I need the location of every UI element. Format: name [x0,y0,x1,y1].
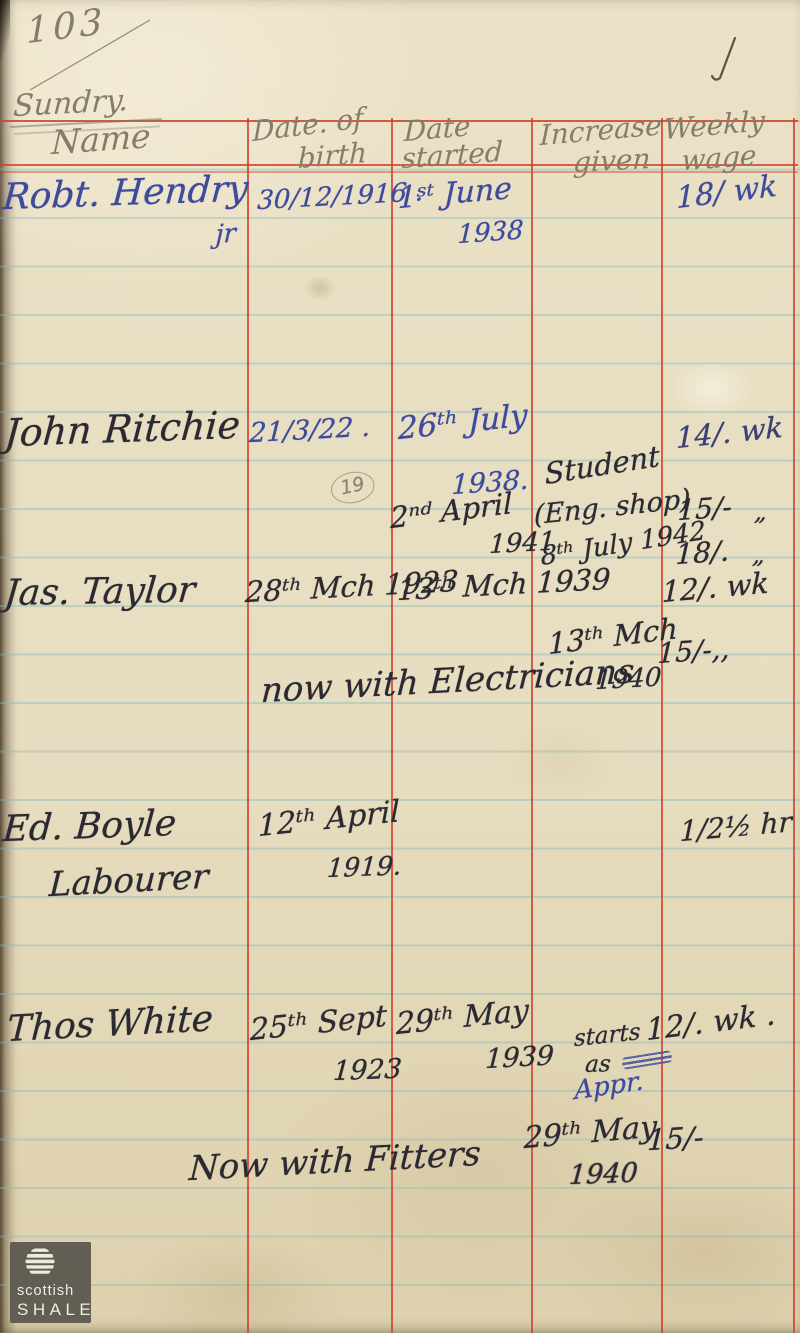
column-header-increase-line2: given [573,145,652,177]
increase-wage-2: 18/. [675,537,730,569]
scan-edge-shadow [0,0,10,70]
column-header-started-line2: started [401,138,503,173]
entry-weekly-wage: 18/ wk [676,172,777,215]
column-header-name: Name [51,119,151,159]
entry-birth-date: 21/3/22 . [249,414,372,447]
globe-icon [23,1246,57,1280]
column-header-wage-line2: wage [681,142,757,175]
ledger-scan-page: 103 Sundry. Name Date. of birth Date sta… [0,0,800,1333]
entry-name: Jas. Taylor [3,573,197,612]
entry-start-date: 26ᵗʰ July [398,400,527,445]
entry-birth-date: 12ᵗʰ April [258,797,400,842]
folio-number: 103 [26,4,107,50]
transfer-note: Now with Fitters [188,1137,481,1186]
increase-wage: 15/- [646,1123,704,1155]
entry-name: Ed. Boyle [1,806,177,848]
entry-name-suffix: jr [215,221,236,249]
right-margin-line [793,118,795,1333]
increase-note-line1: Student [544,442,660,489]
header-rule-bottom [0,164,798,166]
increase-wage: 15/-,, [657,635,730,668]
remark-apprentice: Appr. [574,1068,644,1104]
entry-name: John Ritchie [3,406,241,452]
watermark-text-line1: scottish [17,1283,74,1299]
entry-weekly-wage: 12/. wk [661,569,769,608]
ditto-mark: „ [753,500,768,524]
entry-name: Robt. Hendry [1,171,249,216]
transfer-note: now with Electricians [260,654,635,708]
section-title: Sundry. [12,86,129,122]
entry-occupation: Labourer [48,860,209,902]
entry-hourly-wage: 1/2½ hr [680,808,793,846]
entry-weekly-wage: 12/. wk . [646,1000,776,1046]
entry-weekly-wage: 14/. wk [676,413,783,453]
entry-birth-year: 1923 [332,1056,403,1085]
pencil-circled-note: 19 [328,468,378,508]
entry-birth-date: 25ᵗʰ Sept [250,1002,387,1047]
increase-date: 29ᵗʰ May [523,1112,657,1154]
ditto-mark: „ [751,543,766,567]
entry-start-year: 1939 [485,1042,555,1073]
entry-start-date: 29ᵗʰ May [396,996,529,1040]
entry-name: Thos White [6,1001,214,1048]
entry-start-date: 1ˢᵗ June [397,174,512,214]
entry-birth-year: 1919. [326,853,402,882]
check-mark-icon [712,38,735,80]
increase-year: 1940 [568,1160,639,1189]
entry-start-year: 1938 [457,217,524,248]
scottish-shale-watermark: scottish SHALE [10,1242,91,1323]
watermark-text-line2: SHALE [17,1300,95,1320]
column-header-dob-line2: birth [298,139,368,173]
increase-date: 2ⁿᵈ April [390,489,513,533]
entry-start-date: 13ᵗʰ Mch 1939 [396,565,611,605]
remark-starts: starts [574,1021,640,1051]
